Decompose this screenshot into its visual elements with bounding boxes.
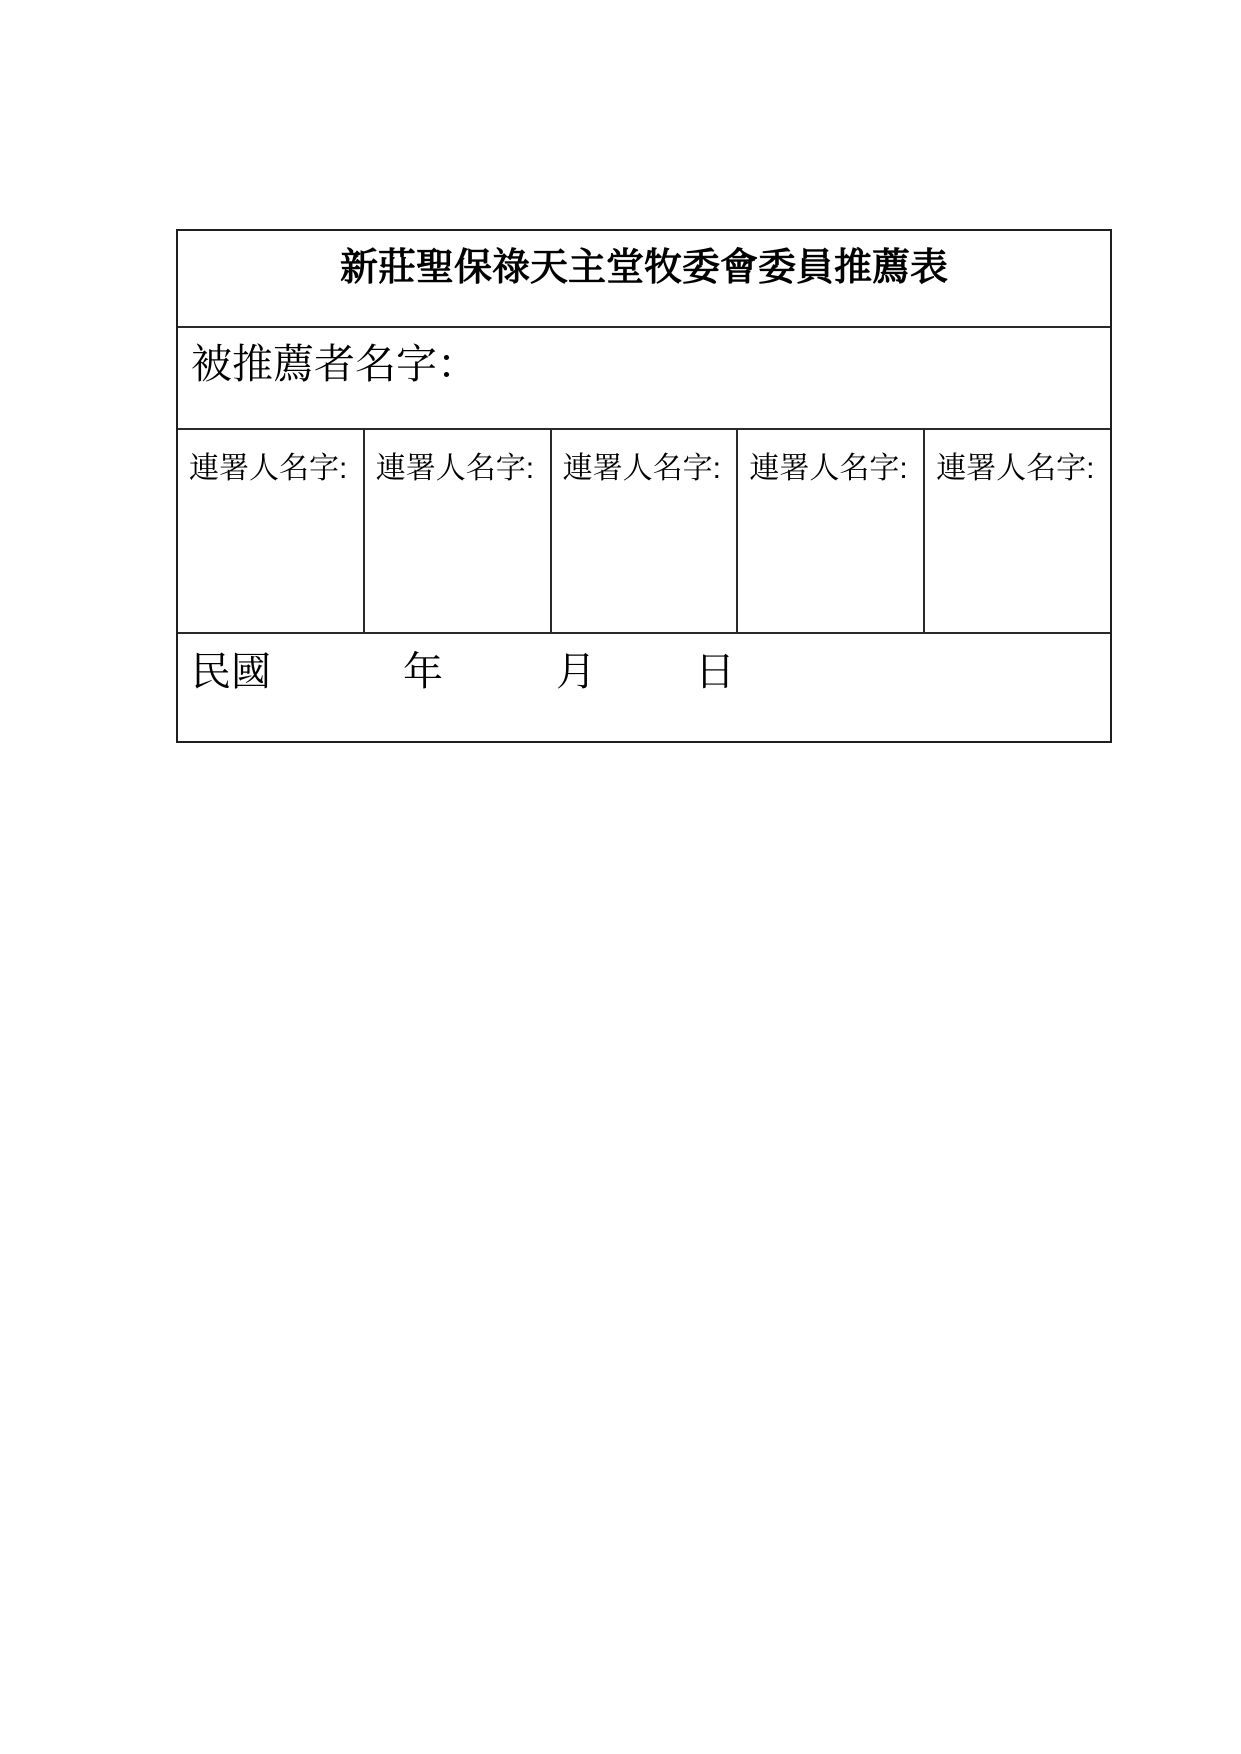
cosigner-cell-3: 連署人名字:	[552, 430, 739, 632]
form-title-row: 新莊聖保祿天主堂牧委會委員推薦表	[178, 231, 1110, 328]
cosigner-name-label: 連署人名字:	[189, 452, 347, 485]
cosigner-name-label: 連署人名字:	[376, 452, 534, 485]
nominee-name-label: 被推薦者名字：	[191, 341, 478, 387]
cosigner-name-label: 連署人名字:	[563, 452, 721, 485]
cosigner-cell-4: 連署人名字:	[738, 430, 925, 632]
year-label: 年	[403, 650, 443, 694]
cosigner-cell-1: 連署人名字:	[178, 430, 365, 632]
cosigner-cell-5: 連署人名字:	[925, 430, 1110, 632]
recommendation-form-table: 新莊聖保祿天主堂牧委會委員推薦表 被推薦者名字： 連署人名字: 連署人名字: 連…	[176, 229, 1112, 743]
document-page: 新莊聖保祿天主堂牧委會委員推薦表 被推薦者名字： 連署人名字: 連署人名字: 連…	[0, 0, 1241, 1754]
nominee-row: 被推薦者名字：	[178, 328, 1110, 430]
cosigner-cell-2: 連署人名字:	[365, 430, 552, 632]
month-label: 月	[556, 650, 596, 694]
day-label: 日	[695, 650, 735, 694]
era-label: 民國	[191, 650, 271, 694]
form-title: 新莊聖保祿天主堂牧委會委員推薦表	[340, 247, 948, 289]
cosigners-row: 連署人名字: 連署人名字: 連署人名字: 連署人名字: 連署人名字:	[178, 430, 1110, 634]
cosigner-name-label: 連署人名字:	[749, 452, 907, 485]
cosigner-name-label: 連署人名字:	[936, 452, 1094, 485]
date-row: 民國年月日	[178, 634, 1110, 735]
